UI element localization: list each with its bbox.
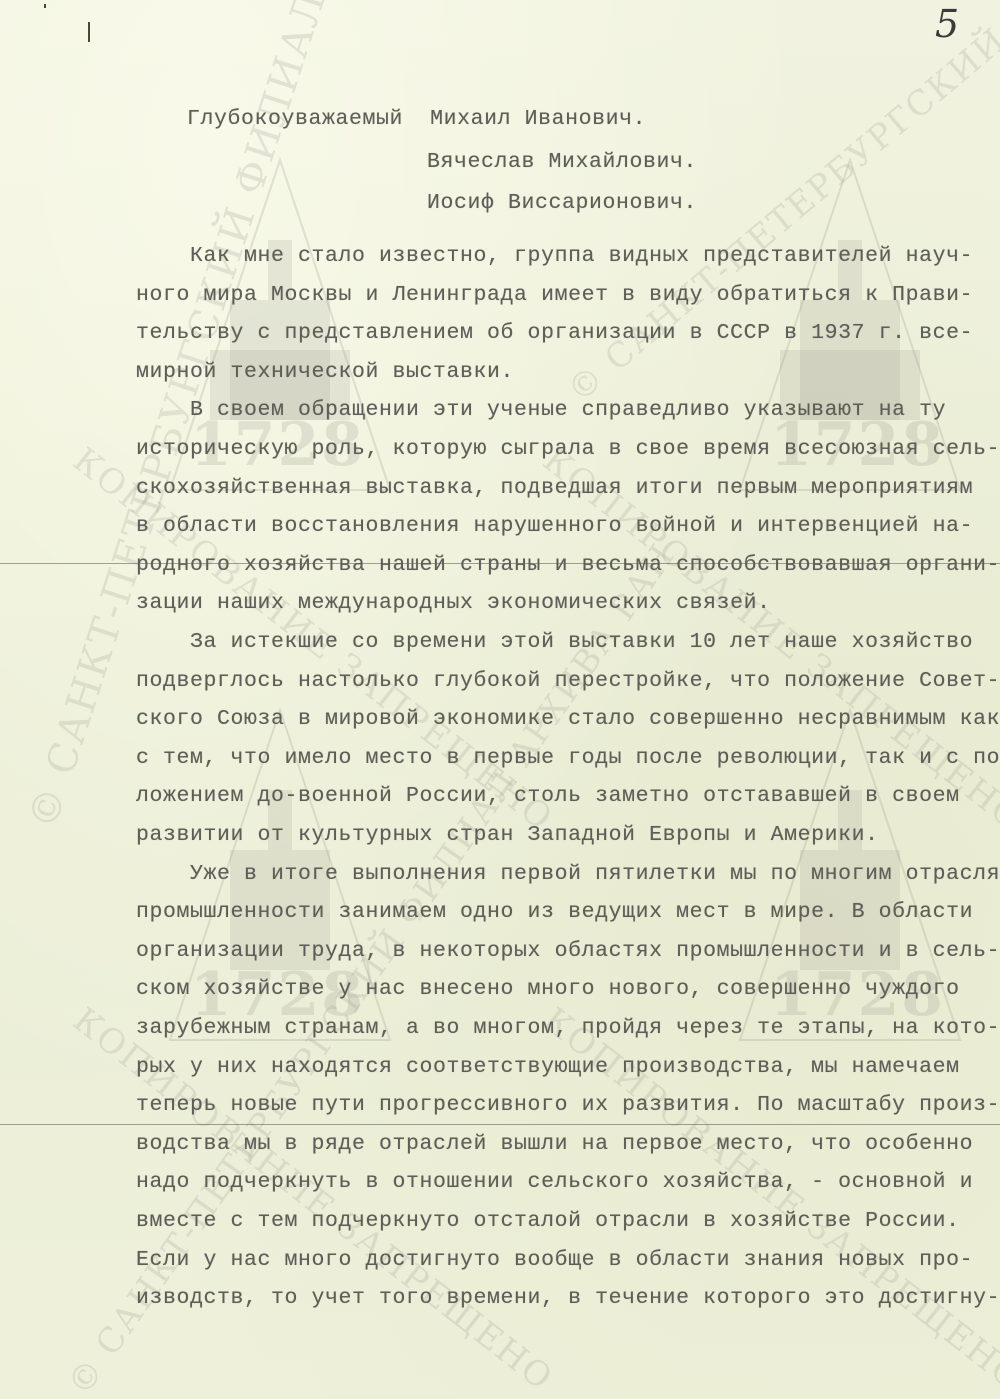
body-line: ного мира Москвы и Ленинграда имеет в ви…	[136, 283, 973, 307]
body-line: мирной технической выставки.	[136, 360, 514, 384]
body-line: теперь новые пути прогрессивного их разв…	[136, 1093, 1000, 1117]
body-line: с тем, что имело место в первые годы пос…	[136, 746, 1000, 770]
body-line: водства мы в ряде отраслей вышли на перв…	[136, 1132, 973, 1156]
body-line: скохозяйственная выставка, подведшая ито…	[136, 476, 973, 500]
body-line: рых у них находятся соответствующие прои…	[136, 1055, 960, 1079]
body-line: надо подчеркнуть в отношении сельского х…	[136, 1170, 973, 1194]
addressee-kalinin: Михаил Иванович.	[430, 107, 646, 131]
margin-mark	[88, 22, 90, 42]
body-line: вместе с тем подчеркнуто отсталой отрасл…	[136, 1209, 960, 1233]
salutation-greeting: Глубокоуважаемый	[187, 107, 403, 131]
body-line: зации наших международных экономических …	[136, 591, 771, 615]
body-line: родного хозяйства нашей страны и весьма …	[136, 553, 1000, 577]
body-line: изводств, то учет того времени, в течени…	[136, 1286, 1000, 1310]
body-line: промышленности занимаем одно из ведущих …	[136, 900, 973, 924]
addressee-stalin: Иосиф Виссарионович.	[427, 191, 697, 215]
body-line: развитии от культурных стран Западной Ев…	[136, 823, 879, 847]
body-line: Как мне стало известно, группа видных пр…	[136, 244, 973, 268]
body-line: За истекшие со времени этой выставки 10 …	[136, 630, 973, 654]
margin-mark	[44, 4, 46, 8]
body-line: Если у нас много достигнуто вообще в обл…	[136, 1248, 973, 1272]
body-line: В своем обращении эти ученые справедливо…	[136, 398, 946, 422]
body-line: Уже в итоге выполнения первой пятилетки …	[136, 862, 1000, 886]
body-line: организации труда, в некоторых областях …	[136, 939, 1000, 963]
page-number: 5	[935, 2, 959, 46]
body-line: ского Союза в мировой экономике стало со…	[136, 707, 1000, 731]
body-line: подверглось настолько глубокой перестрой…	[136, 669, 1000, 693]
addressee-molotov: Вячеслав Михайлович.	[427, 150, 697, 174]
fold-line	[0, 1124, 1000, 1125]
body-line: ском хозяйстве у нас внесено много новог…	[136, 977, 960, 1001]
body-line: ложением до-военной России, столь заметн…	[136, 784, 960, 808]
body-line: тельству с представлением об организации…	[136, 321, 973, 345]
body-line: историческую роль, которую сыграла в сво…	[136, 437, 1000, 461]
body-line: зарубежным странам, а во многом, пройдя …	[136, 1016, 1000, 1040]
body-line: в области восстановления нарушенного вой…	[136, 514, 973, 538]
salutation-line: Глубокоуважаемый Михаил Иванович.	[187, 107, 646, 131]
